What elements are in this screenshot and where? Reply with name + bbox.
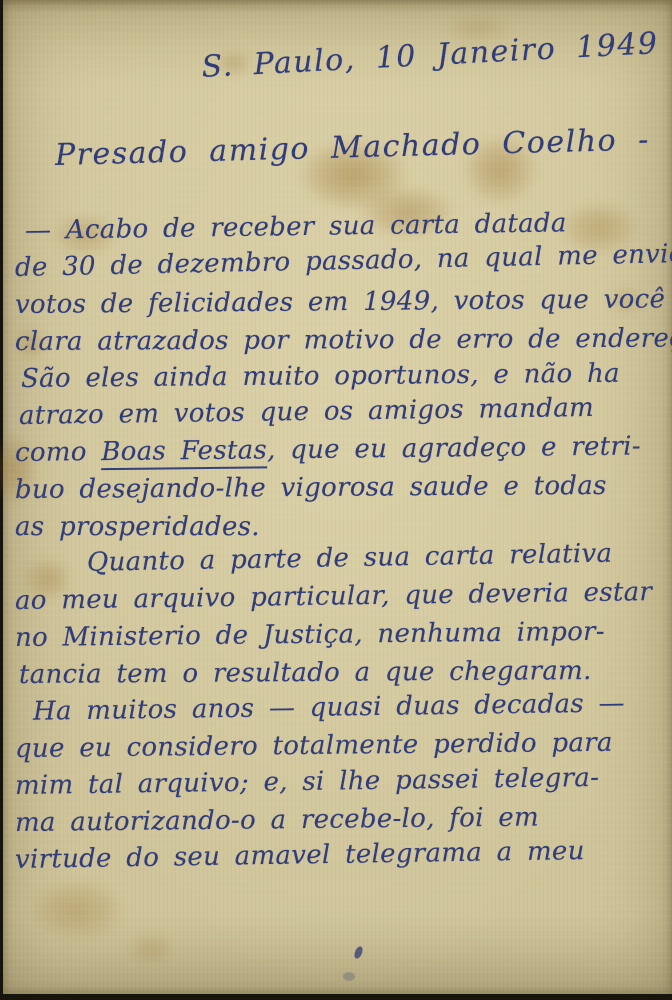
- letter-line: Ha muitos anos — quasi duas decadas —: [15, 685, 668, 731]
- letter-line-segment: , que eu agradeço e retri-: [267, 431, 641, 465]
- letter-body: — Acabo de receber sua carta datada de 3…: [15, 213, 668, 879]
- letter-line: atrazo em votos que os amigos mandam: [15, 389, 668, 435]
- underlined-phrase: Boas Festas: [101, 435, 267, 470]
- letter-line: mim tal arquivo; e, si lhe passei telegr…: [15, 759, 668, 805]
- letter-line: votos de felicidades em 1949, votos que …: [15, 281, 668, 324]
- letter-paper: S. Paulo, 10 Janeiro 1949 Presado amigo …: [3, 0, 672, 994]
- paper-stain: [121, 928, 183, 970]
- letter-line: clara atrazados por motivo de erro de en…: [15, 321, 668, 361]
- letter-line: como Boas Festas, que eu agradeço e retr…: [15, 428, 668, 472]
- letter-dateline: S. Paulo, 10 Janeiro 1949: [200, 26, 659, 85]
- photo-background: S. Paulo, 10 Janeiro 1949 Presado amigo …: [0, 0, 672, 1000]
- letter-line: buo desejando-lhe vigorosa saude e todas: [15, 467, 668, 509]
- letter-line-segment: como: [15, 437, 102, 468]
- letter-line: ao meu arquivo particular, que deveria e…: [15, 574, 668, 620]
- ink-smudge: [343, 972, 355, 981]
- letter-line: no Ministerio de Justiça, nenhuma impor-: [15, 613, 668, 657]
- ink-smudge: [353, 945, 364, 960]
